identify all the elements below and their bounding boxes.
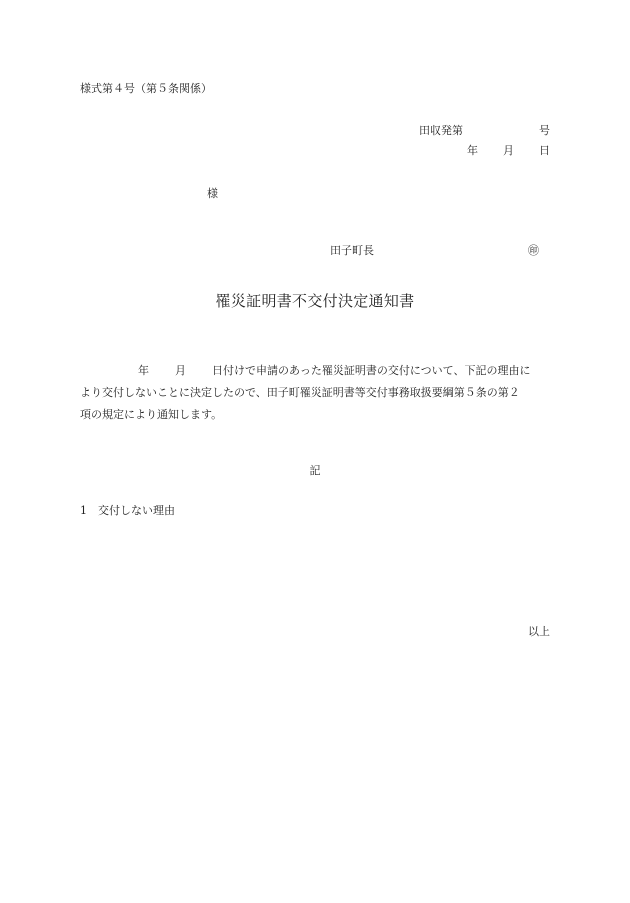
addressee-suffix: 様 (207, 185, 218, 201)
body-paragraph: 年月日付けで申請のあった罹災証明書の交付について、下記の理由に より交付しないこ… (80, 360, 550, 426)
body-month-label: 月 (175, 364, 186, 377)
issue-date: 年月日 (467, 142, 550, 158)
date-month-label: 月 (503, 142, 514, 158)
document-number-prefix: 田収発第 (419, 122, 463, 138)
body-year-label: 年 (138, 364, 149, 377)
document-title: 罹災証明書不交付決定通知書 (0, 290, 630, 311)
seal-icon: ㊞ (528, 242, 539, 258)
date-year-label: 年 (467, 142, 478, 158)
form-number: 様式第４号（第５条関係） (80, 80, 212, 96)
ki-heading: 記 (0, 462, 630, 478)
body-line1: 日付けで申請のあった罹災証明書の交付について、下記の理由に (212, 364, 530, 377)
body-line2: より交付しないことに決定したので、田子町罹災証明書等交付事務取扱要綱第５条の第２ (80, 386, 520, 399)
document-number: 田収発第号 (419, 122, 550, 138)
document-number-suffix: 号 (539, 124, 550, 137)
sender-name: 田子町長 (330, 242, 374, 258)
body-line3: 項の規定により通知します。 (80, 408, 222, 421)
reason-number: 1 (80, 504, 98, 517)
date-day-label: 日 (539, 142, 550, 158)
reason-item: 1交付しない理由 (80, 502, 175, 518)
reason-label: 交付しない理由 (98, 504, 175, 517)
closing-text: 以上 (528, 623, 550, 639)
